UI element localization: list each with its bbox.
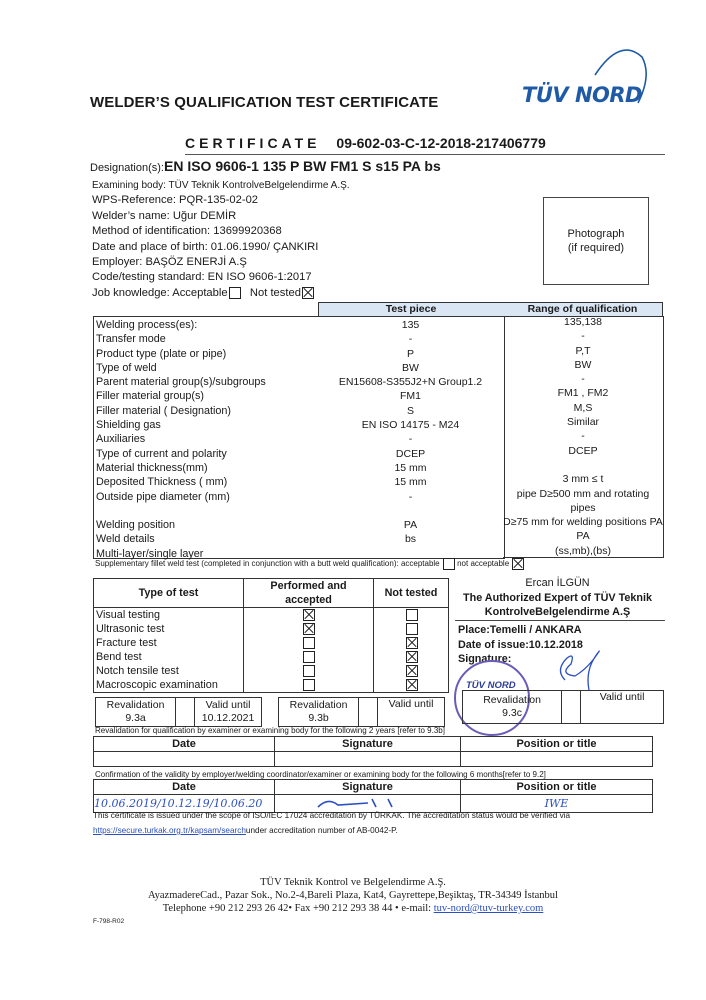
certificate-number-line: CERTIFICATE 09-602-03-C-12-2018-21740677…	[185, 135, 546, 151]
row-label: Shielding gas	[96, 418, 266, 432]
valid-until: Valid until10.12.2021	[195, 698, 261, 726]
test-piece-value: FM1	[319, 389, 502, 403]
valid-until-date: 10.12.2021	[195, 712, 261, 725]
test-row: Visual testing	[94, 608, 449, 623]
not-tested-checkbox[interactable]	[406, 623, 418, 635]
divider	[455, 620, 665, 621]
range-value: D≥75 mm for welding positions PA	[503, 515, 663, 529]
range-value	[503, 458, 663, 472]
signature-icon	[545, 640, 615, 695]
supp-not-acceptable-label: not acceptable	[457, 559, 509, 568]
designation: Designation(s):EN ISO 9606-1 135 P BW FM…	[90, 158, 441, 174]
testing-standard: Code/testing standard: EN ISO 9606-1:201…	[92, 270, 350, 285]
divider	[185, 154, 665, 155]
test-piece-value: 15 mm	[319, 461, 502, 475]
col-type-of-test: Type of test	[94, 579, 244, 608]
row-label	[96, 504, 266, 518]
performed-checkbox[interactable]	[303, 665, 315, 677]
test-piece-value: EN15608-S355J2+N Group1.2	[319, 375, 502, 389]
valid-until-label: Valid until	[195, 699, 261, 712]
range-value: 135,138	[503, 315, 663, 329]
col-position: Position or title	[461, 737, 653, 752]
position-cell[interactable]	[461, 752, 653, 767]
not-tested-checkbox[interactable]	[406, 609, 418, 621]
footer-phone: Telephone +90 212 293 26 42• Fax +90 212…	[163, 903, 434, 914]
test-name: Visual testing	[94, 608, 244, 623]
row-label: Transfer mode	[96, 332, 266, 346]
row-label: Parent material group(s)/subgroups	[96, 375, 266, 389]
row-label: Type of weld	[96, 361, 266, 375]
performed-checkbox[interactable]	[303, 679, 315, 691]
test-piece-value: -	[319, 490, 502, 504]
confirmation-note: Confirmation of the validity by employer…	[95, 770, 546, 779]
revalidation-title: Revalidation	[463, 694, 561, 707]
not-tested-checkbox[interactable]	[302, 287, 314, 299]
row-label: Product type (plate or pipe)	[96, 347, 266, 361]
revalidation-note: Revalidation for qualification by examin…	[95, 726, 445, 735]
footer-company: TÜV Teknik Kontrol ve Belgelendirme A.Ş.	[93, 876, 613, 889]
row-label: Material thickness(mm)	[96, 461, 266, 475]
designation-value: EN ISO 9606-1 135 P BW FM1 S s15 PA bs	[164, 158, 441, 174]
test-piece-value	[319, 504, 502, 518]
revalidation-9-3b: Revalidation9.3bValid until	[278, 697, 445, 727]
test-piece-value: S	[319, 404, 502, 418]
row-label: Auxiliaries	[96, 432, 266, 446]
birth-info: Date and place of birth: 01.06.1990/ ÇAN…	[92, 240, 350, 255]
performed-cell	[244, 622, 374, 636]
not-tested-checkbox[interactable]	[406, 665, 418, 677]
performed-cell	[244, 664, 374, 678]
place: Place:Temelli / ANKARA	[458, 623, 583, 638]
divider	[175, 698, 195, 726]
test-name: Bend test	[94, 650, 244, 664]
photo-note: (if required)	[568, 241, 625, 255]
employer: Employer: BAŞÖZ ENERJİ A.Ş	[92, 255, 350, 270]
row-label: Outside pipe diameter (mm)	[96, 490, 266, 504]
test-name: Macroscopic examination	[94, 678, 244, 693]
test-row: Macroscopic examination	[94, 678, 449, 693]
job-knowledge: Job knowledge: Acceptable Not tested	[92, 286, 350, 301]
test-row: Notch tensile test	[94, 664, 449, 678]
test-piece-value: EN ISO 14175 - M24	[319, 418, 502, 432]
job-knowledge-label: Job knowledge: Acceptable	[92, 287, 228, 299]
wps-reference: WPS-Reference: PQR-135-02-02	[92, 193, 350, 208]
performed-cell	[244, 608, 374, 623]
revalidation-code: 9.3b	[279, 712, 358, 725]
range-value: -	[503, 372, 663, 386]
row-label: Filler material ( Designation)	[96, 404, 266, 418]
footer: TÜV Teknik Kontrol ve Belgelendirme A.Ş.…	[93, 876, 613, 915]
turkak-link[interactable]: https://secure.turkak.org.tr/kapsam/sear…	[93, 826, 246, 835]
range-value: M,S	[503, 401, 663, 415]
test-piece-value: 135	[319, 318, 502, 332]
col-not-tested: Not tested	[374, 579, 449, 608]
not-tested-cell	[374, 608, 449, 623]
col-header-test-piece: Test piece	[318, 302, 504, 317]
range-values: 135,138-P,TBW-FM1 , FM2M,SSimilar-DCEP 3…	[503, 315, 663, 572]
range-value: 3 mm ≤ t	[503, 472, 663, 486]
revalidation-label: Revalidation9.3c	[463, 691, 561, 723]
identification: Method of identification: 13699920368	[92, 224, 350, 239]
col-performed: Performed and accepted	[244, 579, 374, 608]
test-name: Fracture test	[94, 636, 244, 650]
footer-address: AyazmadereCad., Pazar Sok., No.2-4,Barel…	[93, 889, 613, 902]
valid-until: Valid until	[581, 691, 663, 723]
acceptable-checkbox[interactable]	[229, 287, 241, 299]
handwritten-signature-icon	[308, 795, 428, 809]
range-value: DCEP	[503, 444, 663, 458]
expert-organization: KontrolveBelgelendirme A.Ş	[450, 605, 665, 620]
not-tested-cell	[374, 636, 449, 650]
not-tested-cell	[374, 650, 449, 664]
accreditation-statement: This certificate is issued under the sco…	[93, 808, 570, 838]
range-value: FM1 , FM2	[503, 386, 663, 400]
test-row: Bend test	[94, 650, 449, 664]
supp-not-acceptable-checkbox[interactable]	[512, 558, 524, 570]
test-piece-value: BW	[319, 361, 502, 375]
revalidation-signature-table: Date Signature Position or title	[93, 736, 653, 767]
photo-label: Photograph	[568, 227, 625, 241]
form-number: F-798-R02	[93, 918, 124, 925]
range-value: (ss,mb),(bs)	[503, 544, 663, 558]
performed-cell	[244, 636, 374, 650]
not-tested-cell	[374, 664, 449, 678]
footer-email-link[interactable]: tuv-nord@tuv-turkey.com	[434, 903, 544, 914]
performed-checkbox[interactable]	[303, 637, 315, 649]
document-title: WELDER’S QUALIFICATION TEST CERTIFICATE	[90, 94, 438, 111]
tests-table: Type of test Performed and accepted Not …	[93, 578, 449, 693]
revalidation-code: 9.3c	[463, 707, 561, 720]
expert-block: Ercan İLGÜN The Authorized Expert of TÜV…	[450, 576, 665, 620]
test-row: Fracture test	[94, 636, 449, 650]
range-value: P,T	[503, 344, 663, 358]
col-date: Date	[94, 737, 275, 752]
supplementary-fillet: Supplementary fillet weld test (complete…	[95, 558, 524, 570]
designation-label: Designation(s):	[90, 162, 164, 174]
test-row: Ultrasonic test	[94, 622, 449, 636]
row-label: Type of current and polarity	[96, 447, 266, 461]
logo-text: TÜV NORD	[522, 83, 642, 107]
scope-rest: under accreditation number of AB-0042-P.	[246, 826, 398, 835]
test-piece-value: DCEP	[319, 447, 502, 461]
date-cell[interactable]	[94, 752, 275, 767]
valid-until: Valid until	[378, 698, 444, 726]
expert-title: The Authorized Expert of TÜV Teknik	[450, 591, 665, 606]
range-value: Similar	[503, 415, 663, 429]
revalidation-9-3c: Revalidation9.3cValid until	[462, 690, 664, 724]
range-value: pipe D≥500 mm and rotating pipes	[503, 487, 663, 516]
row-label: Welding process(es):	[96, 318, 266, 332]
performed-checkbox[interactable]	[303, 623, 315, 635]
valid-until-label: Valid until	[378, 698, 444, 711]
range-value	[503, 558, 663, 572]
supplementary-text: Supplementary fillet weld test (complete…	[95, 559, 440, 568]
range-value: PA	[503, 529, 663, 543]
test-piece-value: P	[319, 347, 502, 361]
not-tested-cell	[374, 678, 449, 693]
test-name: Ultrasonic test	[94, 622, 244, 636]
row-label: Deposited Thickness ( mm)	[96, 475, 266, 489]
not-tested-checkbox[interactable]	[406, 637, 418, 649]
certificate-number: 09-602-03-C-12-2018-217406779	[336, 135, 545, 151]
divider	[358, 698, 378, 726]
expert-name: Ercan İLGÜN	[450, 576, 665, 591]
not-tested-checkbox[interactable]	[406, 679, 418, 691]
photo-placeholder: Photograph(if required)	[543, 197, 649, 285]
performed-checkbox[interactable]	[303, 609, 315, 621]
row-label: Welding position	[96, 518, 266, 532]
revalidation-title: Revalidation	[96, 699, 175, 712]
certificate-label: CERTIFICATE	[185, 135, 321, 151]
divider	[561, 691, 581, 723]
performed-cell	[244, 650, 374, 664]
test-piece-values: 135-PBWEN15608-S355J2+N Group1.2FM1SEN I…	[319, 318, 502, 561]
performed-checkbox[interactable]	[303, 651, 315, 663]
tuv-nord-logo: TÜV NORD	[520, 45, 650, 110]
supp-acceptable-checkbox[interactable]	[443, 558, 455, 570]
test-piece-value: 15 mm	[319, 475, 502, 489]
range-value: -	[503, 329, 663, 343]
revalidation-9-3a: Revalidation9.3aValid until10.12.2021	[95, 697, 262, 727]
col-signature: Signature	[275, 737, 461, 752]
test-piece-value: bs	[319, 532, 502, 546]
range-value: -	[503, 429, 663, 443]
signature-cell[interactable]	[275, 752, 461, 767]
performed-cell	[244, 678, 374, 693]
test-piece-value: PA	[319, 518, 502, 532]
scope-text: This certificate is issued under the sco…	[93, 808, 570, 823]
test-piece-value: -	[319, 332, 502, 346]
not-tested-label: Not tested	[250, 287, 301, 299]
col-signature: Signature	[275, 780, 461, 795]
revalidation-code: 9.3a	[96, 712, 175, 725]
revalidation-label: Revalidation9.3b	[279, 698, 358, 726]
col-position: Position or title	[461, 780, 653, 795]
welder-info: Examining body: TÜV Teknik KontrolveBelg…	[92, 178, 350, 301]
not-tested-checkbox[interactable]	[406, 651, 418, 663]
row-label: Weld details	[96, 532, 266, 546]
not-tested-cell	[374, 622, 449, 636]
row-label: Filler material group(s)	[96, 389, 266, 403]
row-labels: Welding process(es):Transfer modeProduct…	[96, 318, 266, 561]
test-piece-value: -	[319, 432, 502, 446]
revalidation-label: Revalidation9.3a	[96, 698, 175, 726]
range-value: BW	[503, 358, 663, 372]
test-name: Notch tensile test	[94, 664, 244, 678]
revalidation-title: Revalidation	[279, 699, 358, 712]
examining-body: Examining body: TÜV Teknik KontrolveBelg…	[92, 178, 350, 193]
valid-until-label: Valid until	[581, 691, 663, 704]
col-date: Date	[94, 780, 275, 795]
welder-name: Welder’s name: Uğur DEMİR	[92, 209, 350, 224]
